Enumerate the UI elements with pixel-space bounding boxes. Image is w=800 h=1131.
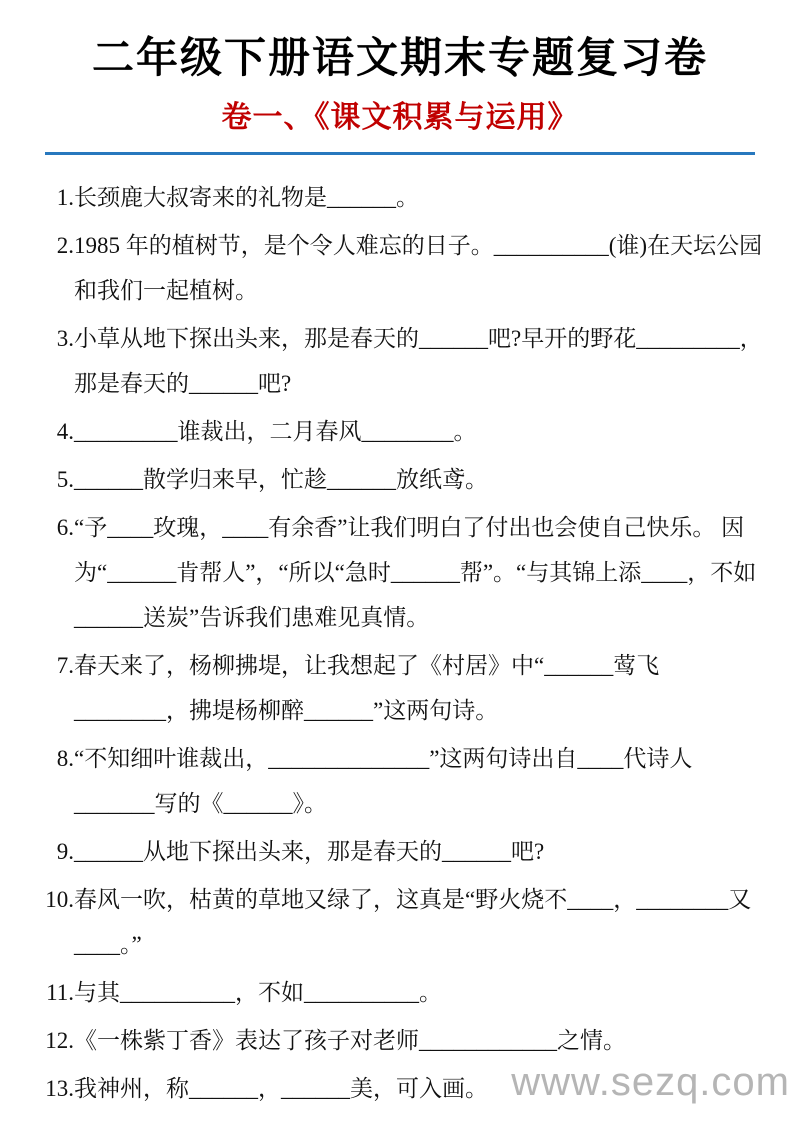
question-number: 1. [42, 175, 74, 220]
question-number: 10. [42, 877, 74, 922]
question-number: 3. [42, 316, 74, 361]
question-text: 春风一吹，枯黄的草地又绿了，这真是“野火烧不____，________又____… [74, 887, 751, 957]
question-item-4: 4._________谁裁出，二月春风________。 [42, 409, 766, 454]
question-text: “不知细叶谁裁出，______________”这两句诗出自____代诗人___… [74, 746, 692, 816]
question-text: “予____玫瑰，____有余香”让我们明白了付出也会使自己快乐。 因为“___… [74, 515, 756, 630]
question-text: 小草从地下探出头来，那是春天的______吧?早开的野花_________，那是… [74, 326, 763, 396]
question-text: ______从地下探出头来，那是春天的______吧? [74, 839, 544, 864]
question-item-9: 9.______从地下探出头来，那是春天的______吧? [42, 829, 766, 874]
question-text: 《一株紫丁香》表达了孩子对老师____________之情。 [74, 1028, 626, 1053]
question-item-8: 8.“不知细叶谁裁出，______________”这两句诗出自____代诗人_… [42, 736, 766, 826]
worksheet-header: 二年级下册语文期末专题复习卷 卷一、《课文积累与运用》 [0, 0, 800, 155]
question-item-11: 11.与其__________，不如__________。 [42, 970, 766, 1015]
question-number: 6. [42, 505, 74, 550]
question-text: 1985 年的植树节，是个令人难忘的日子。__________(谁)在天坛公园和… [74, 233, 762, 303]
question-number: 11. [42, 970, 74, 1015]
question-list: 1.长颈鹿大叔寄来的礼物是______。 2.1985 年的植树节，是个令人难忘… [0, 155, 800, 1111]
question-item-5: 5.______散学归来早，忙趁______放纸鸢。 [42, 457, 766, 502]
question-number: 12. [42, 1018, 74, 1063]
question-item-1: 1.长颈鹿大叔寄来的礼物是______。 [42, 175, 766, 220]
question-number: 7. [42, 643, 74, 688]
question-number: 13. [42, 1066, 74, 1111]
section-subtitle: 卷一、《课文积累与运用》 [0, 92, 800, 136]
question-item-10: 10.春风一吹，枯黄的草地又绿了，这真是“野火烧不____，________又_… [42, 877, 766, 967]
question-item-12: 12.《一株紫丁香》表达了孩子对老师____________之情。 [42, 1018, 766, 1063]
question-number: 4. [42, 409, 74, 454]
question-text: 春天来了，杨柳拂堤，让我想起了《村居》中“______莺飞________，拂堤… [74, 653, 659, 723]
question-text: _________谁裁出，二月春风________。 [74, 419, 477, 444]
question-number: 2. [42, 223, 74, 268]
question-item-7: 7.春天来了，杨柳拂堤，让我想起了《村居》中“______莺飞________，… [42, 643, 766, 733]
question-text: 我神州，称______，______美，可入画。 [74, 1076, 488, 1101]
question-item-6: 6.“予____玫瑰，____有余香”让我们明白了付出也会使自己快乐。 因为“_… [42, 505, 766, 640]
question-number: 5. [42, 457, 74, 502]
question-item-2: 2.1985 年的植树节，是个令人难忘的日子。__________(谁)在天坛公… [42, 223, 766, 313]
site-watermark: www.sezq.com [511, 1060, 790, 1105]
question-number: 9. [42, 829, 74, 874]
question-number: 8. [42, 736, 74, 781]
question-text: ______散学归来早，忙趁______放纸鸢。 [74, 467, 488, 492]
page-title: 二年级下册语文期末专题复习卷 [0, 34, 800, 82]
question-text: 长颈鹿大叔寄来的礼物是______。 [74, 185, 419, 210]
question-item-3: 3.小草从地下探出头来，那是春天的______吧?早开的野花_________，… [42, 316, 766, 406]
question-text: 与其__________，不如__________。 [74, 980, 442, 1005]
